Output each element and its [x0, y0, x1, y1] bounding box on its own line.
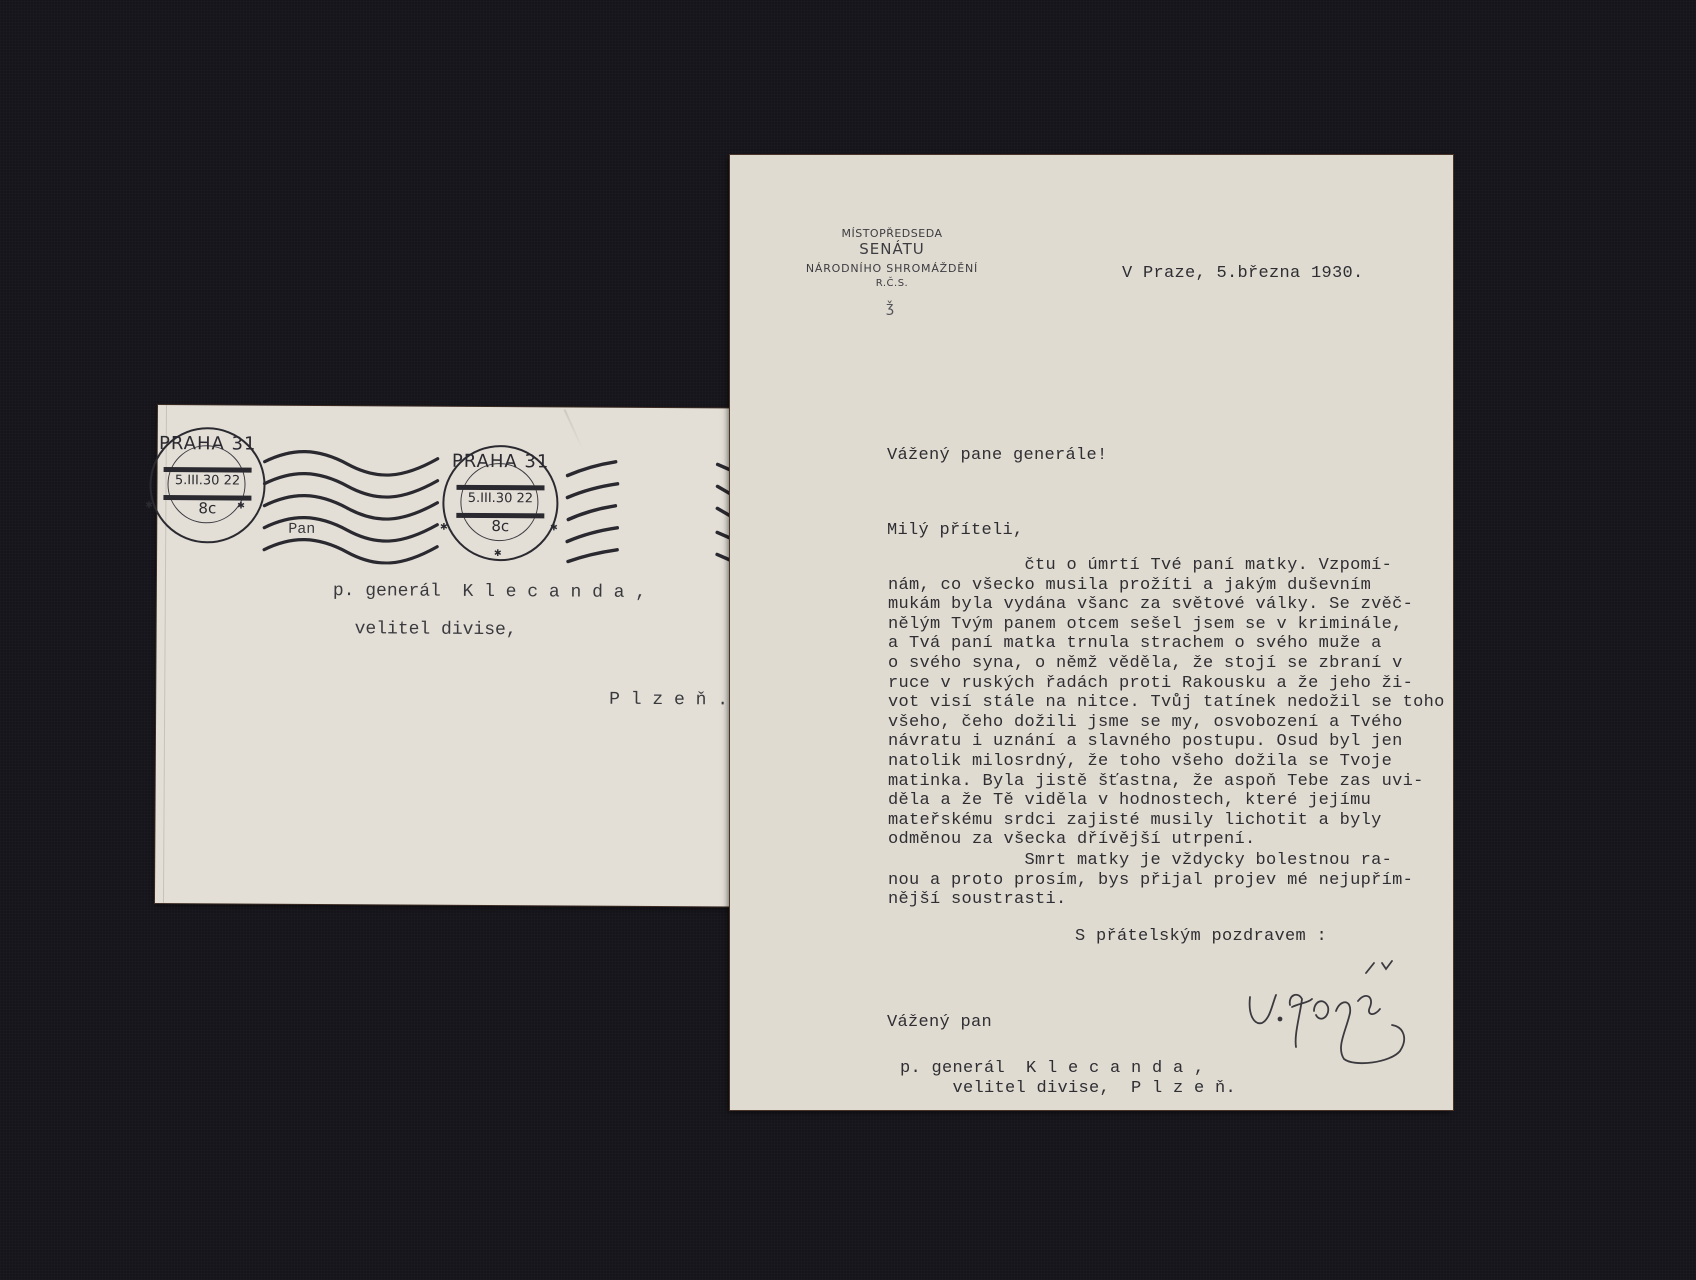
body-line: a Tvá paní matka trnula strachem o svého…: [888, 634, 1445, 654]
addressee-line-1: p. generál K l e c a n d a ,: [900, 1059, 1205, 1079]
postmark-city: PRAHA 31: [152, 433, 264, 455]
star-icon: ✱: [145, 497, 152, 512]
star-icon: ✱: [494, 545, 501, 560]
body-line: nější soustrasti.: [888, 890, 1413, 910]
envelope: PRAHA 31 5.III.30 22 8c ✱ ✱ Pan PRAHA 31…: [155, 405, 758, 907]
letterhead-senate: SENÁTU: [772, 240, 1012, 258]
postmark-city: PRAHA 31: [445, 451, 557, 473]
star-icon: ✱: [550, 519, 557, 534]
addressee-line-2: velitel divise, P l z e ň.: [900, 1079, 1236, 1099]
letterhead-title: MÍSTOPŘEDSEDA: [772, 227, 1012, 240]
addressee-heading: Vážený pan: [887, 1013, 992, 1033]
date-line: V Praze, 5.března 1930.: [1122, 264, 1364, 284]
greeting: Milý příteli,: [887, 521, 1024, 541]
envelope-address-city: P l z e ň .: [609, 690, 728, 711]
salutation: Vážený pane generále!: [887, 446, 1108, 466]
postmark-date: 5.III.30 22: [151, 473, 263, 489]
body-line: nou a proto prosím, bys přijal projev mé…: [888, 871, 1413, 891]
body-paragraph-2: Smrt matky je vždycky bolestnou ra- nou …: [888, 851, 1413, 910]
body-paragraph-1: čtu o úmrtí Tvé paní matky. Vzpomí- nám,…: [888, 556, 1445, 850]
star-icon: ✱: [237, 497, 244, 512]
body-line: děla a že Tě viděla v hodnostech, které …: [888, 791, 1445, 811]
letterhead-assembly: NÁRODNÍHO SHROMÁŽDĚNÍ: [772, 262, 1012, 275]
postmark-date: 5.III.30 22: [444, 491, 556, 507]
star-icon: ✱: [440, 519, 447, 534]
signature: V. Klofáč: [1240, 955, 1440, 1075]
envelope-address-line-1: p. generál K l e c a n d a ,: [333, 581, 646, 603]
body-line: návratu i uznání a slavného postupu. Osu…: [888, 732, 1445, 752]
postmark-rate: 8c: [151, 499, 263, 518]
body-line: nám, co všecko musila prožíti a jakým du…: [888, 576, 1445, 596]
cancellation-waves: [262, 444, 443, 565]
postmark-rate: 8c: [444, 517, 556, 536]
postmark-right: PRAHA 31 5.III.30 22 8c ✱ ✱ ✱: [442, 445, 559, 562]
body-line: čtu o úmrtí Tvé paní matky. Vzpomí-: [888, 556, 1445, 576]
body-line: Smrt matky je vždycky bolestnou ra-: [888, 851, 1413, 871]
body-line: mukám byla vydána všanc za světové války…: [888, 595, 1445, 615]
body-line: o svého syna, o němž věděla, že stojí se…: [888, 654, 1445, 674]
envelope-salutation: Pan: [288, 521, 315, 538]
closing: S přátelským pozdravem :: [1075, 927, 1327, 947]
body-line: vot visí stále na nitce. Tvůj tatínek ne…: [888, 693, 1445, 713]
letterhead-monogram-icon: ǯ: [886, 300, 894, 316]
letterhead-country: R.Č.S.: [772, 278, 1012, 289]
body-line: ruce v ruských řadách proti Rakousku a ž…: [888, 674, 1445, 694]
body-line: nělým Tvým panem otcem sešel jsem se v k…: [888, 615, 1445, 635]
body-line: všeho, čeho dožili jsme se my, osvobozen…: [888, 713, 1445, 733]
letter-sheet: MÍSTOPŘEDSEDA SENÁTU NÁRODNÍHO SHROMÁŽDĚ…: [730, 155, 1453, 1110]
cancellation-strokes: [565, 457, 626, 567]
body-line: natolik milosrdný, že toho všeho dožila …: [888, 752, 1445, 772]
body-line: matinka. Byla jistě šťastna, že aspoň Te…: [888, 772, 1445, 792]
envelope-tear: [564, 409, 585, 451]
body-line: odměnou za všecka dřívější utrpení.: [888, 830, 1445, 850]
postmark-left: PRAHA 31 5.III.30 22 8c ✱ ✱: [149, 427, 266, 544]
body-line: mateřskému srdci zajisté musily lichotit…: [888, 811, 1445, 831]
envelope-address-line-2: velitel divise,: [355, 619, 517, 640]
